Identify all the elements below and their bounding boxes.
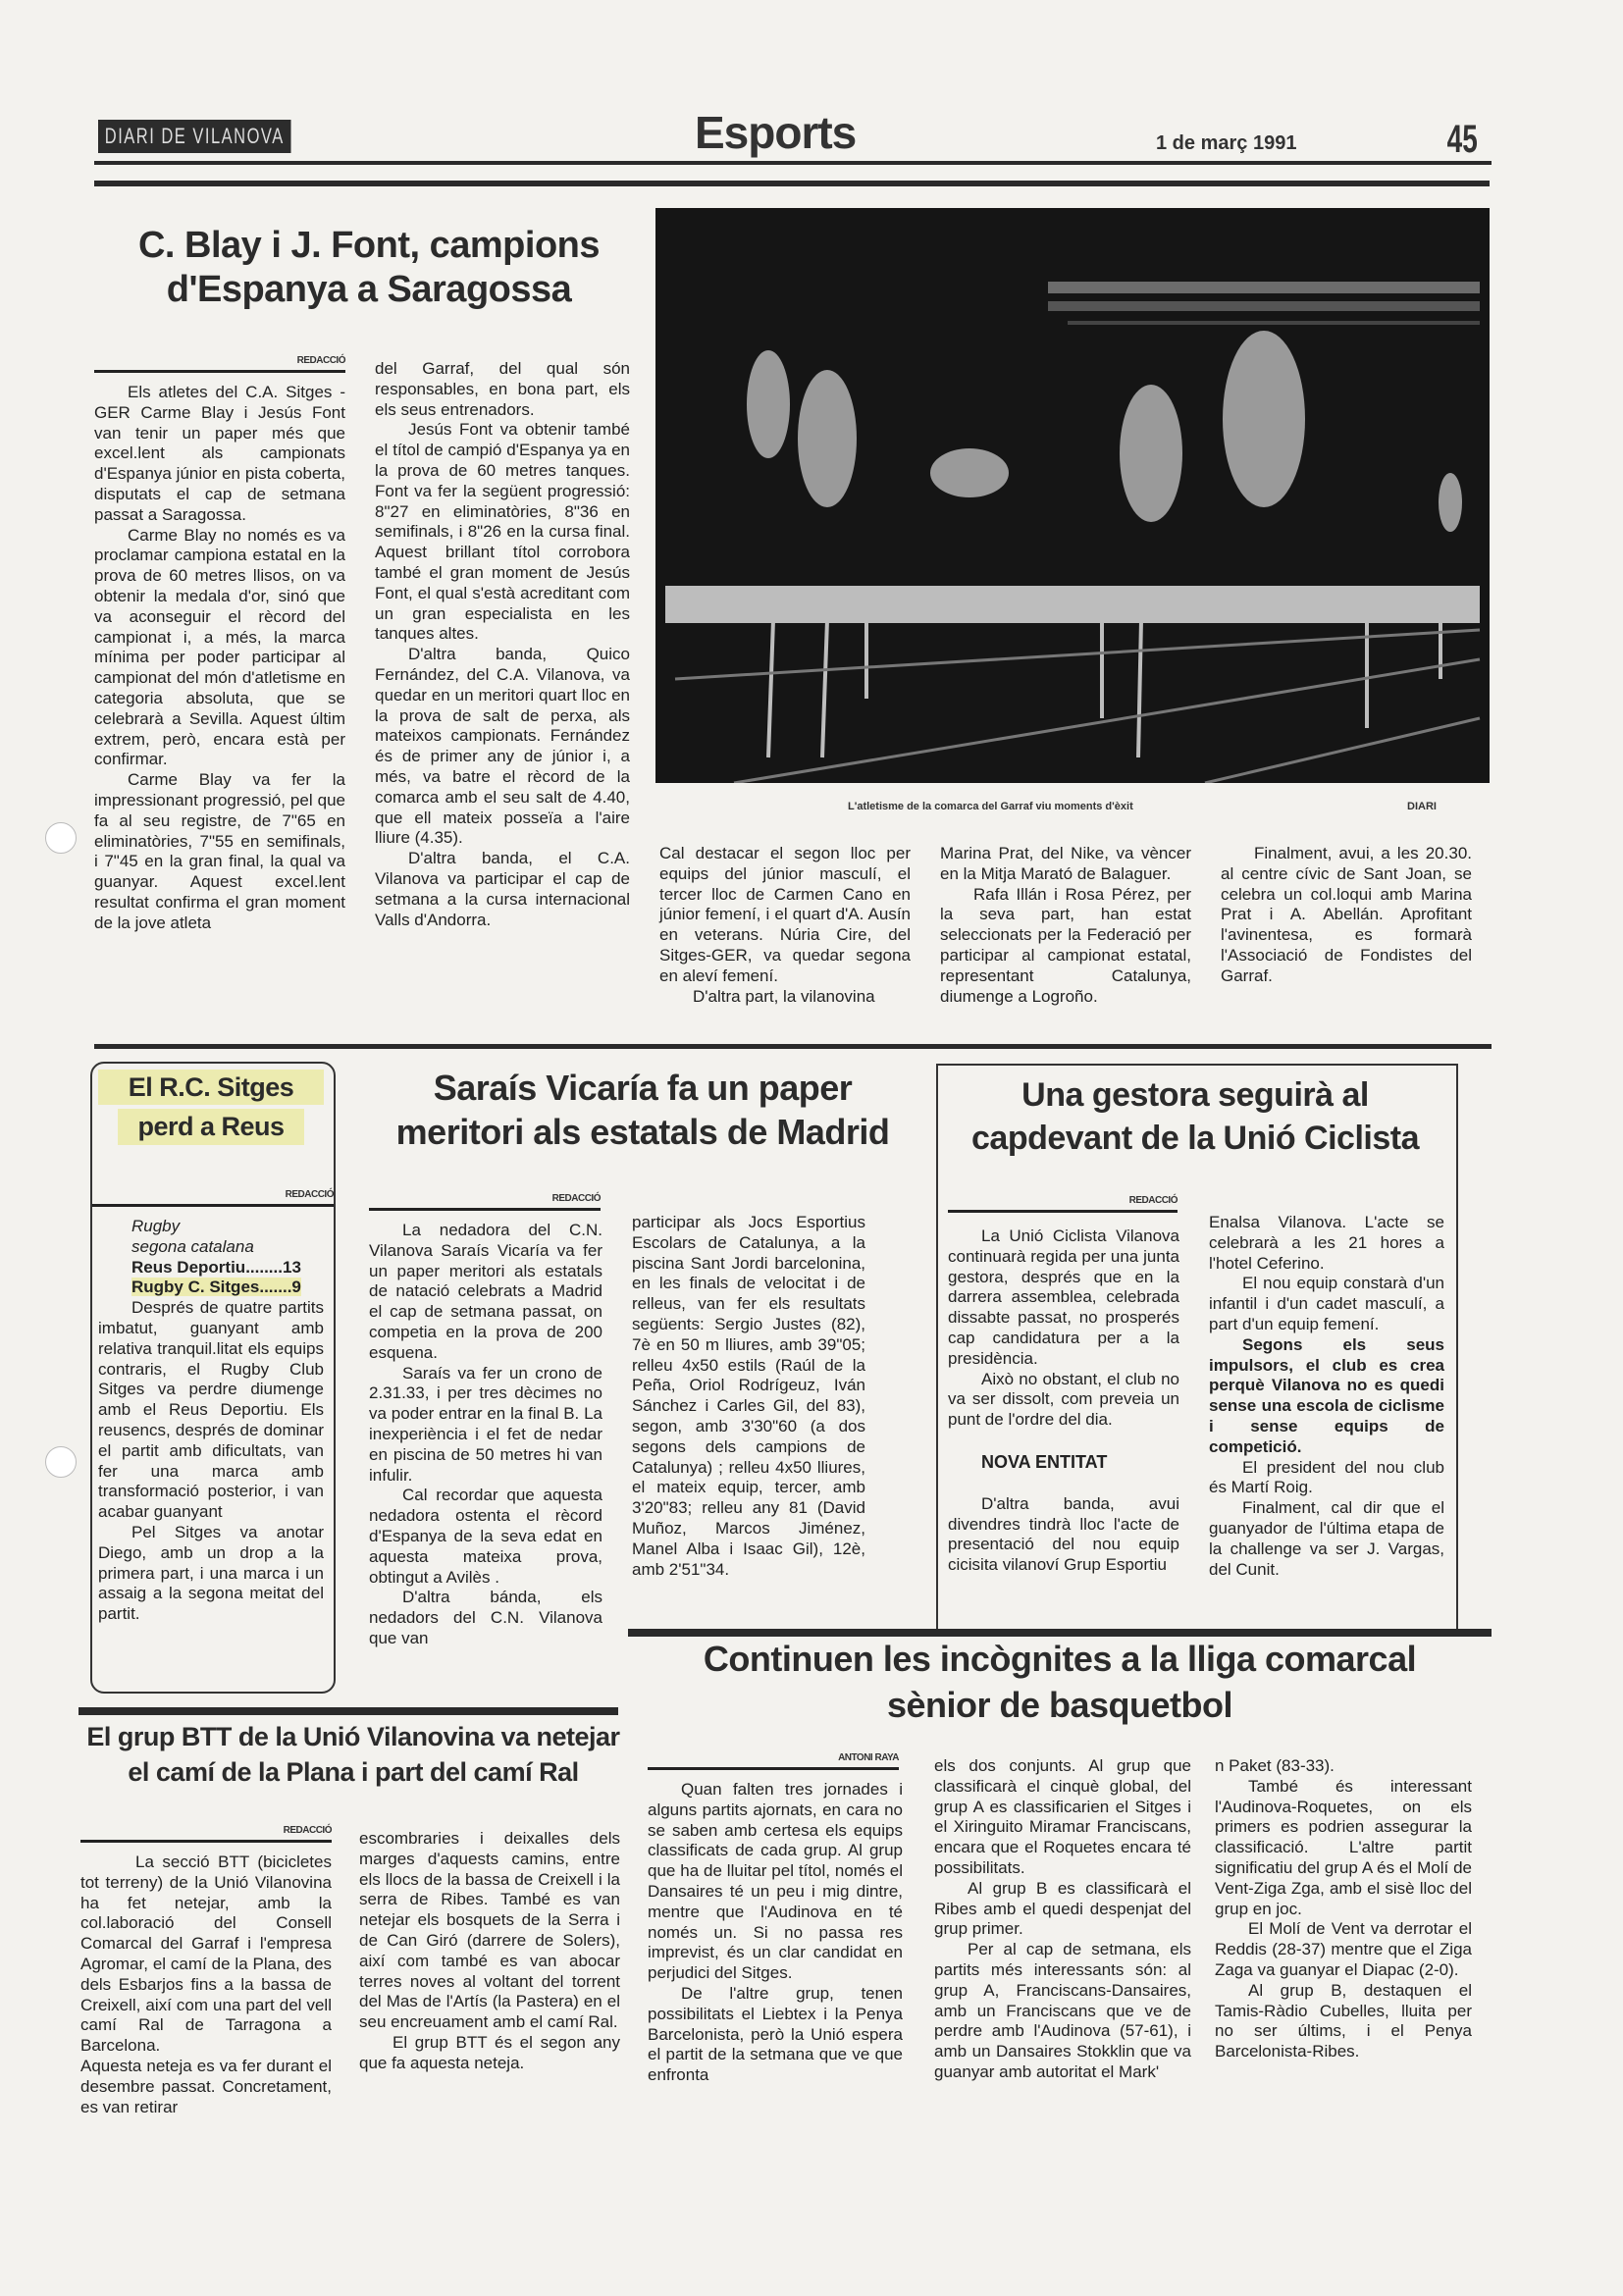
headline-line: el camí de la Plana i part del camí Ral — [79, 1754, 628, 1790]
headline-line: capdevant de la Unió Ciclista — [942, 1117, 1448, 1160]
article-column: Cal destacar el segon lloc per equips de… — [659, 844, 911, 1007]
byline: REDACCIÓ — [369, 1193, 601, 1211]
paragraph: els dos conjunts. Al grup que classifica… — [934, 1756, 1191, 1879]
paragraph: El Molí de Vent va derrotar el Reddis (2… — [1215, 1919, 1472, 1980]
headline-line: C. Blay i J. Font, campions — [94, 224, 644, 268]
paragraph: del Garraf, del qual són responsables, e… — [375, 359, 630, 420]
paragraph: Enalsa Vilanova. L'acte se celebrarà a l… — [1209, 1213, 1444, 1274]
team-name: Rugby C. Sitges — [131, 1278, 259, 1296]
paragraph: escombraries i deixalles dels marges d'a… — [359, 1829, 620, 2033]
league-label: segona catalana — [98, 1237, 324, 1258]
byline: REDACCIÓ — [92, 1189, 334, 1207]
paragraph: n Paket (83-33). — [1215, 1756, 1472, 1777]
paragraph: Al grup B es classificarà el Ribes amb e… — [934, 1879, 1191, 1940]
byline: REDACCIÓ — [94, 355, 345, 373]
photo-image-icon — [655, 208, 1490, 783]
photo-credit: DIARI — [1407, 801, 1437, 812]
paragraph: El nou equip constarà d'un infantil i d'… — [1209, 1274, 1444, 1334]
headline-line: Saraís Vicaría fa un paper — [365, 1066, 920, 1110]
paragraph: Carme Blay va fer la impressionant progr… — [94, 770, 345, 933]
paragraph: Carme Blay no només es va proclamar camp… — [94, 526, 345, 771]
section-title: Esports — [695, 106, 856, 159]
headline-line: El R.C. Sitges — [98, 1070, 324, 1105]
article-column: La secció BTT (bicicletes tot terreny) d… — [80, 1852, 332, 2117]
page-number: 45 — [1447, 118, 1478, 162]
paragraph: Jesús Font va obtenir també el títol de … — [375, 420, 630, 645]
paragraph: participar als Jocs Esportius Escolars d… — [632, 1213, 865, 1580]
result-row: Reus Deportiu........13 — [98, 1258, 324, 1278]
headline-line: perd a Reus — [118, 1109, 304, 1144]
headline-line: sènior de basquetbol — [638, 1683, 1482, 1729]
paragraph: De l'altre grup, tenen possibilitats el … — [648, 1984, 903, 2086]
team-name: Reus Deportiu — [131, 1258, 245, 1277]
paragraph: Quan falten tres jornades i alguns parti… — [648, 1780, 903, 1984]
paragraph: Marina Prat, del Nike, va vèncer en la M… — [940, 844, 1191, 885]
article-column: Enalsa Vilanova. L'acte se celebrarà a l… — [1209, 1213, 1444, 1580]
paragraph: Saraís va fer un crono de 2.31.33, i per… — [369, 1364, 602, 1487]
article-column: Els atletes del C.A. Sitges - GER Carme … — [94, 383, 345, 934]
article-column: participar als Jocs Esportius Escolars d… — [632, 1213, 865, 1580]
headline-line: Una gestora seguirà al — [942, 1073, 1448, 1117]
paragraph: Al grup B, destaquen el Tamis-Ràdio Cube… — [1215, 1981, 1472, 2062]
subheading: NOVA ENTITAT — [948, 1452, 1179, 1473]
paragraph: Això no obstant, el club no va ser disso… — [948, 1370, 1179, 1431]
section-divider — [79, 1707, 618, 1715]
paragraph: Aquesta neteja es va fer durant el desem… — [80, 2057, 332, 2117]
paragraph: Pel Sitges va anotar Diego, amb un drop … — [98, 1523, 324, 1625]
paragraph: Cal destacar el segon lloc per equips de… — [659, 844, 911, 987]
article-column: escombraries i deixalles dels marges d'a… — [359, 1829, 620, 2074]
paragraph: La Unió Ciclista Vilanova continuarà reg… — [948, 1226, 1179, 1370]
article-column: Finalment, avui, a les 20.30. al centre … — [1221, 844, 1472, 987]
photo-caption: L'atletisme de la comarca del Garraf viu… — [848, 801, 1133, 812]
article-column: Rugby segona catalana Reus Deportiu.....… — [98, 1217, 324, 1625]
article-column: els dos conjunts. Al grup que classifica… — [934, 1756, 1191, 2083]
headline-line: El grup BTT de la Unió Vilanovina va net… — [79, 1719, 628, 1754]
section-divider — [628, 1629, 1492, 1637]
article-headline-basketball: Continuen les incògnites a la lliga coma… — [638, 1637, 1482, 1729]
byline: REDACCIÓ — [80, 1825, 332, 1843]
paragraph: Segons els seus impulsors, el club es cr… — [1209, 1335, 1444, 1458]
article-headline-cycling: Una gestora seguirà al capdevant de la U… — [942, 1073, 1448, 1160]
article-column: del Garraf, del qual són responsables, e… — [375, 359, 630, 930]
article-headline-blay-font: C. Blay i J. Font, campions d'Espanya a … — [94, 224, 644, 312]
article-column: Marina Prat, del Nike, va vèncer en la M… — [940, 844, 1191, 1007]
paragraph: D'altra part, la vilanovina — [659, 987, 911, 1008]
headline-line: d'Espanya a Saragossa — [94, 268, 644, 312]
paragraph: D'altra bánda, els nedadors del C.N. Vil… — [369, 1588, 602, 1648]
headline-line: meritori als estatals de Madrid — [365, 1110, 920, 1154]
paragraph: El grup BTT és el segon any que fa aques… — [359, 2033, 620, 2074]
team-score: 13 — [283, 1258, 301, 1277]
paragraph: Finalment, avui, a les 20.30. al centre … — [1221, 844, 1472, 987]
article-column: Quan falten tres jornades i alguns parti… — [648, 1780, 903, 2086]
article-headline-btt: El grup BTT de la Unió Vilanovina va net… — [79, 1719, 628, 1791]
byline: REDACCIÓ — [948, 1195, 1178, 1213]
masthead-rule-bottom — [94, 181, 1490, 186]
team-score: 9 — [291, 1278, 300, 1296]
article-column: La nedadora del C.N. Vilanova Saraís Vic… — [369, 1221, 602, 1649]
paragraph: D'altra banda, Quico Fernández, del C.A.… — [375, 645, 630, 849]
paragraph: D'altra banda, el C.A. Vilanova va parti… — [375, 849, 630, 930]
paragraph: Per al cap de setmana, els partits més i… — [934, 1940, 1191, 2083]
binder-hole — [45, 822, 77, 854]
paragraph: Els atletes del C.A. Sitges - GER Carme … — [94, 383, 345, 526]
sport-label: Rugby — [98, 1217, 324, 1237]
article-column: La Unió Ciclista Vilanova continuarà reg… — [948, 1226, 1179, 1576]
headline-line: Continuen les incògnites a la lliga coma… — [638, 1637, 1482, 1683]
article-headline-swimming: Saraís Vicaría fa un paper meritori als … — [365, 1066, 920, 1154]
masthead-rule-top — [94, 161, 1492, 165]
paragraph: Cal recordar que aquesta nedadora ostent… — [369, 1486, 602, 1588]
paragraph: També és interessant l'Audinova-Roquetes… — [1215, 1777, 1472, 1920]
byline: ANTONI RAYA — [648, 1752, 899, 1770]
publication-logo: DIARI DE VILANOVA — [98, 120, 291, 153]
hurdles-race-photo — [655, 208, 1490, 783]
paragraph: Després de quatre partits imbatut, guany… — [98, 1298, 324, 1523]
article-headline-rugby: El R.C. Sitges perd a Reus — [98, 1070, 324, 1145]
paragraph: El president del nou club és Martí Roig. — [1209, 1458, 1444, 1499]
article-column: n Paket (83-33). També és interessant l'… — [1215, 1756, 1472, 2062]
paragraph: D'altra banda, avui divendres tindrà llo… — [948, 1494, 1179, 1576]
paragraph: Finalment, cal dir que el guanyador de l… — [1209, 1498, 1444, 1580]
paragraph: La secció BTT (bicicletes tot terreny) d… — [80, 1852, 332, 2057]
section-divider — [94, 1044, 1492, 1049]
result-row: Rugby C. Sitges.......9 — [98, 1278, 324, 1298]
paragraph: Rafa Illán i Rosa Pérez, per la seva par… — [940, 885, 1191, 1008]
binder-hole — [45, 1446, 77, 1478]
paragraph: La nedadora del C.N. Vilanova Saraís Vic… — [369, 1221, 602, 1364]
issue-date: 1 de març 1991 — [1156, 132, 1296, 155]
